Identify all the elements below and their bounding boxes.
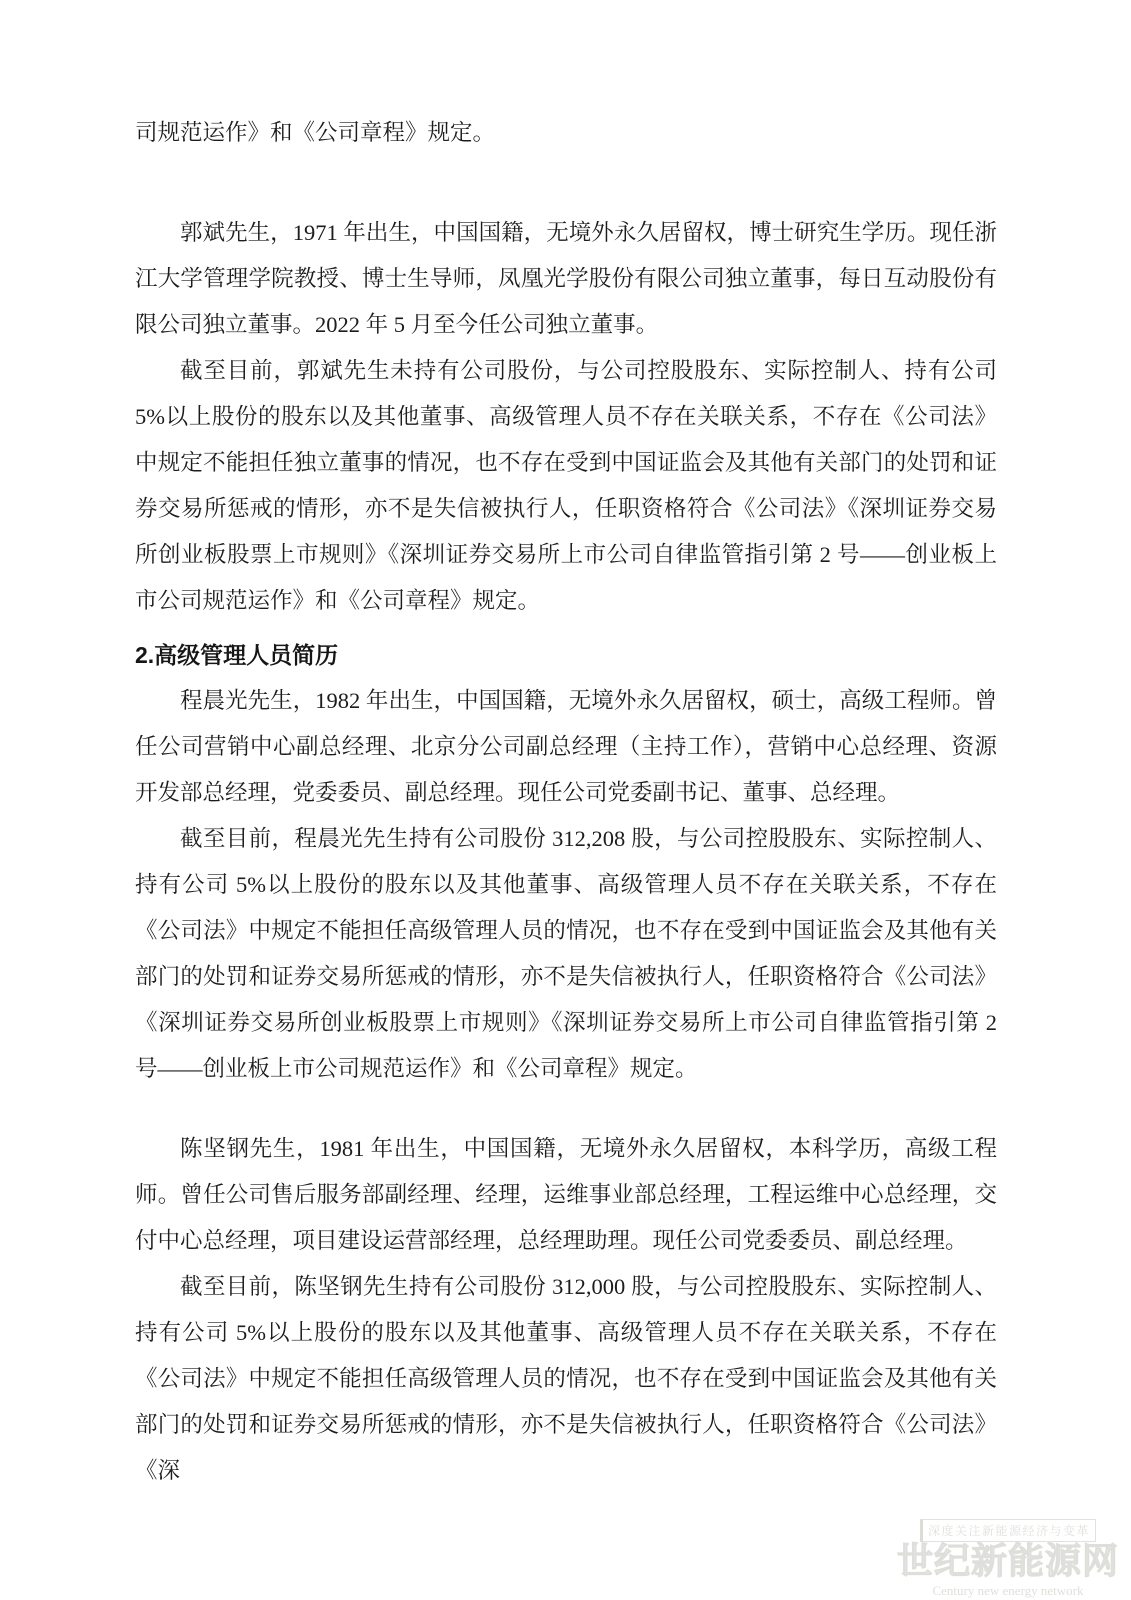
para-continuation: 司规范运作》和《公司章程》规定。	[135, 110, 997, 156]
document-page: 司规范运作》和《公司章程》规定。 郭斌先生，1971 年出生，中国国籍，无境外永…	[0, 0, 1131, 1600]
watermark: 深度关注新能源经济与变革 世纪新能源网 Century new energy n…	[893, 1519, 1123, 1597]
para-cheng-chenguang-holdings: 截至目前，程晨光先生持有公司股份 312,208 股，与公司控股股东、实际控制人…	[135, 816, 997, 1092]
document-content: 司规范运作》和《公司章程》规定。 郭斌先生，1971 年出生，中国国籍，无境外永…	[135, 110, 997, 1494]
para-chen-jiangang-bio: 陈坚钢先生，1981 年出生，中国国籍，无境外永久居留权，本科学历，高级工程师。…	[135, 1126, 997, 1264]
blank-line	[135, 1092, 997, 1126]
blank-line	[135, 156, 997, 210]
watermark-slogan: 深度关注新能源经济与变革	[920, 1519, 1096, 1542]
watermark-site-name: 世纪新能源网	[893, 1543, 1123, 1581]
para-chen-jiangang-holdings: 截至目前，陈坚钢先生持有公司股份 312,000 股，与公司控股股东、实际控制人…	[135, 1264, 997, 1494]
watermark-site-name-en: Century new energy network	[893, 1584, 1123, 1597]
para-guo-bin-holdings: 截至目前，郭斌先生未持有公司股份，与公司控股股东、实际控制人、持有公司 5%以上…	[135, 348, 997, 624]
para-guo-bin-bio: 郭斌先生，1971 年出生，中国国籍，无境外永久居留权，博士研究生学历。现任浙江…	[135, 210, 997, 348]
heading-senior-management: 2.高级管理人员简历	[135, 632, 997, 678]
para-cheng-chenguang-bio: 程晨光先生，1982 年出生，中国国籍，无境外永久居留权，硕士，高级工程师。曾任…	[135, 678, 997, 816]
